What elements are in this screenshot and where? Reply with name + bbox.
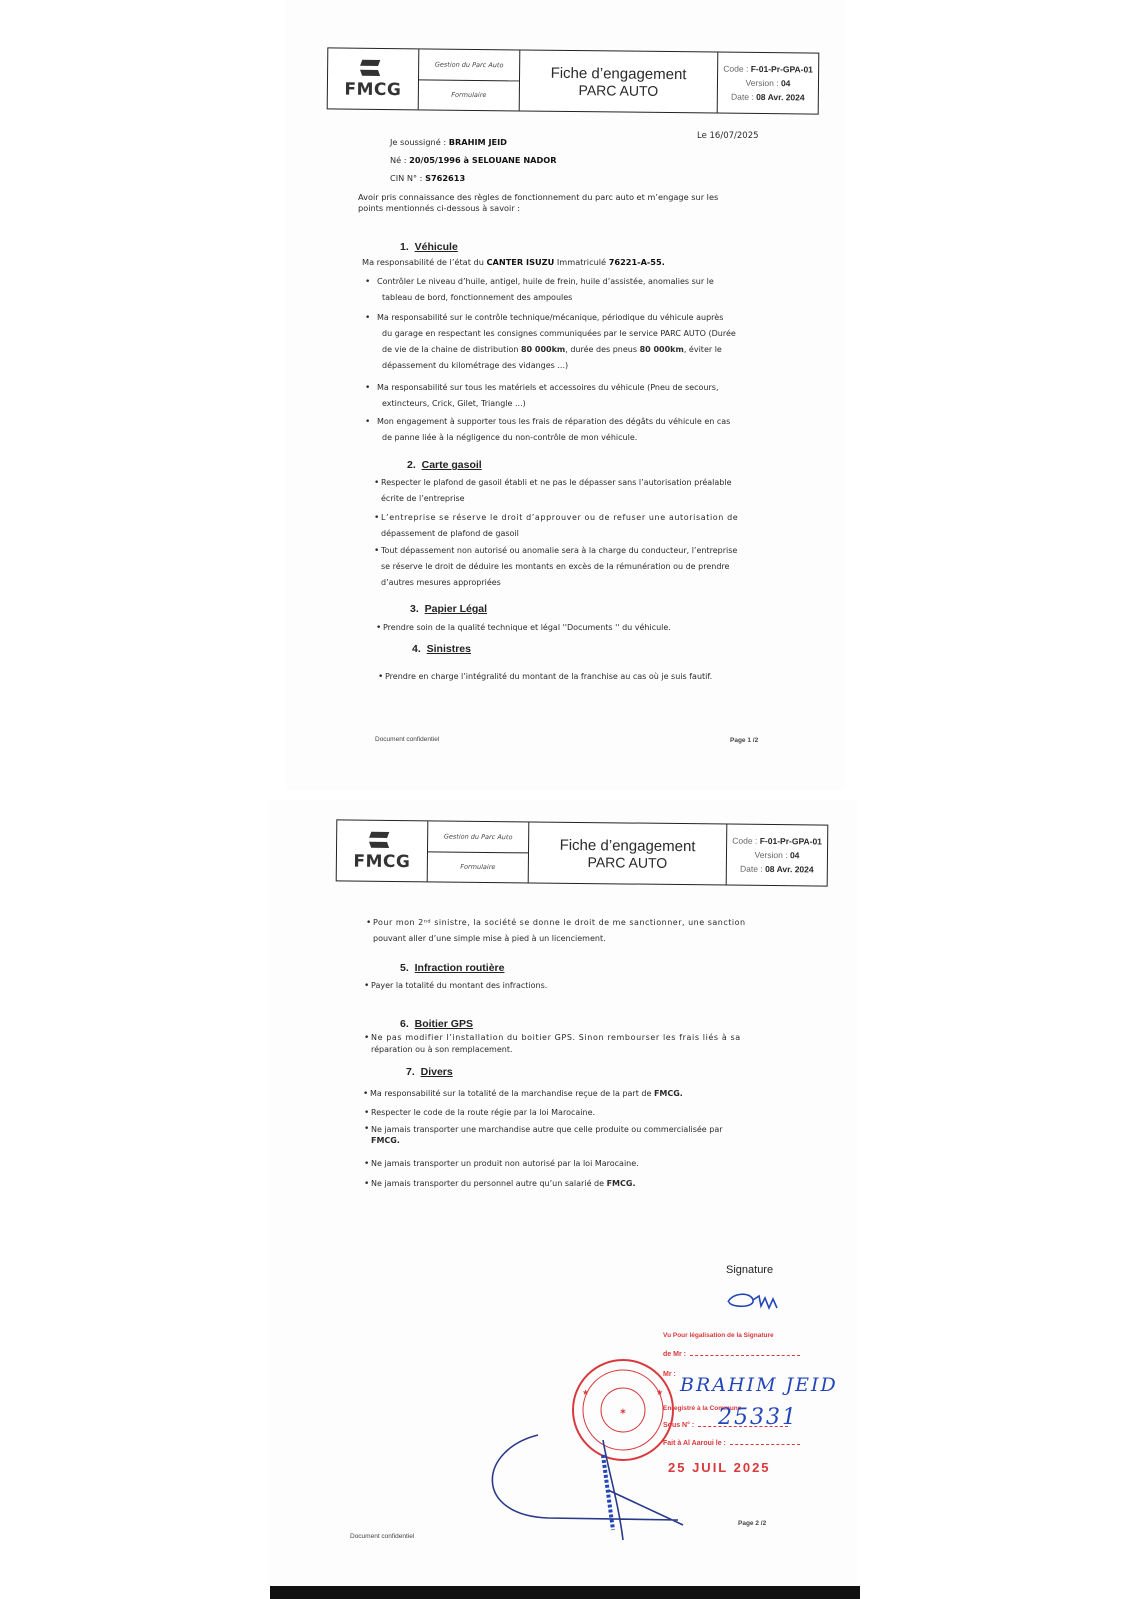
legalization-title: Vu Pour légalisation de la Signature: [663, 1332, 774, 1339]
form-type: Formulaire: [428, 852, 528, 883]
list-item: Ma responsabilité sur tous les matériels…: [377, 380, 719, 412]
section-title-divers: 7. Divers: [406, 1066, 453, 1078]
list-item: L’entreprise se réserve le droit d’appro…: [381, 510, 738, 542]
list-item: Ne pas modifier l’installation du boitie…: [371, 1032, 741, 1056]
svg-text:★: ★: [656, 1388, 663, 1397]
section-title-infraction-routiere: 5. Infraction routière: [400, 962, 504, 974]
department: Gestion du Parc Auto: [419, 49, 519, 81]
list-item: Pour mon 2ⁿᵈ sinistre, la société se don…: [373, 915, 746, 947]
list-item: Ne jamais transporter du personnel autre…: [371, 1176, 635, 1192]
list-item: Contrôler Le niveau d’huile, antigel, hu…: [377, 274, 714, 306]
company-logo: FMCG: [328, 48, 420, 109]
list-item: Payer la totalité du montant des infract…: [371, 978, 547, 994]
section-title-vehicule: 1. Véhicule: [400, 241, 458, 253]
page-number: Page 2 /2: [738, 1520, 766, 1527]
section-title-sinistres: 4. Sinistres: [412, 643, 471, 655]
svg-text:✶: ✶: [619, 1407, 627, 1418]
document-header: FMCG Gestion du Parc Auto Formulaire Fic…: [327, 47, 820, 114]
department: Gestion du Parc Auto: [428, 821, 528, 853]
list-item: Ma responsabilité sur la totalité de la …: [370, 1086, 683, 1102]
signature-icon: [723, 1290, 783, 1314]
svg-text:★: ★: [582, 1388, 589, 1397]
section-title-papier-legal: 3. Papier Légal: [410, 603, 487, 615]
handwritten-name: BRAHIM JEID: [680, 1374, 838, 1396]
form-type: Formulaire: [419, 80, 519, 111]
list-item: Prendre en charge l’intégralité du monta…: [385, 669, 712, 685]
list-item: Ma responsabilité sur le contrôle techni…: [377, 310, 736, 374]
document-code: Code : F-01-Pr-GPA-01 Version : 04 Date …: [727, 825, 828, 886]
footer-confidential: Document confidentiel: [375, 736, 439, 743]
cin-number: CIN N° : S762613: [390, 170, 465, 186]
list-item: Respecter le plafond de gasoil établi et…: [381, 475, 732, 507]
list-item: Mon engagement à supporter tous les frai…: [377, 414, 730, 446]
fmcg-logo-icon: [368, 830, 396, 852]
birth-info: Né : 20/05/1996 à SELOUANE NADOR: [390, 152, 557, 168]
page-number: Page 1 /2: [730, 737, 758, 744]
document-title: Fiche d’engagement PARC AUTO: [529, 822, 728, 884]
section-title-carte-gasoil: 2. Carte gasoil: [407, 459, 482, 471]
declarant: Je soussigné : BRAHIM JEID: [390, 134, 507, 150]
document-code: Code : F-01-Pr-GPA-01 Version : 04 Date …: [718, 53, 819, 114]
signature-label: Signature: [726, 1264, 773, 1276]
form-category: Gestion du Parc Auto Formulaire: [419, 49, 521, 110]
scan-edge: [270, 1586, 860, 1599]
document-header: FMCG Gestion du Parc Auto Formulaire Fic…: [336, 819, 829, 886]
official-signature-icon: [478, 1420, 708, 1545]
form-category: Gestion du Parc Auto Formulaire: [428, 821, 530, 882]
intro-text: Avoir pris connaissance des règles de fo…: [358, 192, 718, 214]
page-1: FMCG Gestion du Parc Auto Formulaire Fic…: [285, 0, 845, 790]
document-date: Le 16/07/2025: [697, 128, 759, 144]
document-title: Fiche d’engagement PARC AUTO: [520, 50, 719, 112]
page-2: FMCG Gestion du Parc Auto Formulaire Fic…: [268, 800, 858, 1590]
list-item: Prendre soin de la qualité technique et …: [383, 620, 671, 636]
legalization-mr: de Mr :: [663, 1351, 800, 1358]
vehicle-responsibility: Ma responsabilité de l’état du CANTER IS…: [362, 254, 665, 270]
list-item: Respecter le code de la route régie par …: [371, 1105, 595, 1121]
list-item: Ne jamais transporter une marchandise au…: [371, 1124, 723, 1146]
handwritten-number: 25331: [718, 1405, 798, 1430]
fmcg-logo-icon: [359, 58, 387, 80]
list-item: Ne jamais transporter un produit non aut…: [371, 1156, 639, 1172]
company-logo: FMCG: [337, 820, 429, 881]
list-item: Tout dépassement non autorisé ou anomali…: [381, 543, 737, 591]
footer-confidential: Document confidentiel: [350, 1533, 414, 1540]
section-title-boitier-gps: 6. Boitier GPS: [400, 1018, 473, 1030]
